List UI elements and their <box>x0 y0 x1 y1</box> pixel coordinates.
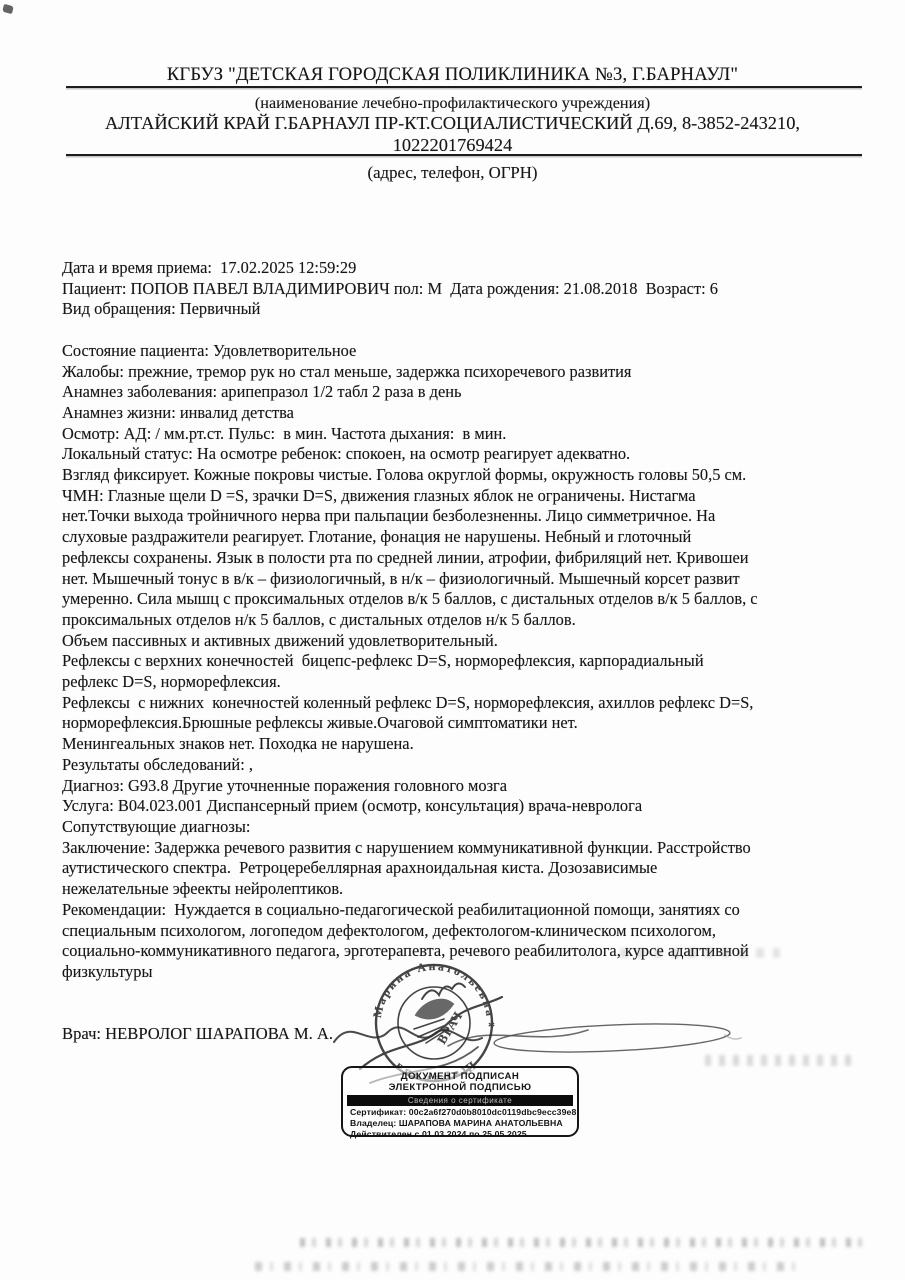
record-line: специальным психологом, логопедом дефект… <box>62 921 862 942</box>
es-validity: Действителен с 01.03.2024 по 25.05.2025 <box>343 1129 577 1140</box>
record-line <box>62 320 862 341</box>
record-line: Жалобы: прежние, тремор рук но стал мень… <box>62 362 862 383</box>
record-line: Пациент: ПОПОВ ПАВЕЛ ВЛАДИМИРОВИЧ пол: М… <box>62 279 862 300</box>
record-line: Рефлексы с нижних конечностей коленный р… <box>62 693 862 714</box>
clinic-name: КГБУЗ "ДЕТСКАЯ ГОРОДСКАЯ ПОЛИКЛИНИКА №3,… <box>0 64 905 86</box>
record-line: Вид обращения: Первичный <box>62 299 862 320</box>
scan-noise-strip <box>255 1262 795 1271</box>
record-line: Состояние пациента: Удовлетворительное <box>62 341 862 362</box>
record-line: рефлексы сохранены. Язык в полости рта п… <box>62 548 862 569</box>
header-divider-bottom <box>66 154 862 156</box>
record-line: Заключение: Задержка речевого развития с… <box>62 838 862 859</box>
clinic-address: АЛТАЙСКИЙ КРАЙ Г.БАРНАУЛ ПР-КТ.СОЦИАЛИСТ… <box>0 113 905 134</box>
medical-record-text: Дата и время приема: 17.02.2025 12:59:29… <box>62 258 862 983</box>
stamp-star: * <box>488 1020 495 1035</box>
record-line: норморефлексия.Брюшные рефлексы живые.Оч… <box>62 713 862 734</box>
es-certificate-band: Сведения о сертификате <box>347 1095 573 1106</box>
clinic-name-caption: (наименование лечебно-профилактического … <box>0 94 905 113</box>
record-line: аутистического спектра. Ретроцеребеллярн… <box>62 858 862 879</box>
es-title-line2: ЭЛЕКТРОННОЙ ПОДПИСЬЮ <box>343 1082 577 1093</box>
record-line: проксимальных отделов н/к 5 баллов, с ди… <box>62 610 862 631</box>
record-line: Анамнез жизни: инвалид детства <box>62 403 862 424</box>
scan-noise-smudge <box>705 1055 855 1066</box>
scan-noise-smudge <box>620 948 780 958</box>
record-line: Результаты обследований: , <box>62 755 862 776</box>
header-divider-top <box>66 86 862 88</box>
record-line: умеренно. Сила мышц с проксимальных отде… <box>62 589 862 610</box>
scan-artifact-corner <box>2 4 14 14</box>
record-line: Сопутствующие диагнозы: <box>62 817 862 838</box>
record-line: нежелательные эфеекты нейролептиков. <box>62 879 862 900</box>
record-line: рефлекс D=S, норморефлексия. <box>62 672 862 693</box>
doctor-name-line: Врач: НЕВРОЛОГ ШАРАПОВА М. А. <box>62 1024 333 1044</box>
es-title-line1: ДОКУМЕНТ ПОДПИСАН <box>343 1071 577 1082</box>
digital-signature-stamp: ДОКУМЕНТ ПОДПИСАН ЭЛЕКТРОННОЙ ПОДПИСЬЮ С… <box>341 1066 579 1137</box>
record-line: ЧМН: Глазные щели D =S, зрачки D=S, движ… <box>62 486 862 507</box>
clinic-address-caption: (адрес, телефон, ОГРН) <box>0 163 905 183</box>
record-line: Локальный статус: На осмотре ребенок: сп… <box>62 444 862 465</box>
record-line: Осмотр: АД: / мм.рт.ст. Пульс: в мин. Ча… <box>62 424 862 445</box>
record-line: Рефлексы с верхних конечностей бицепс-ре… <box>62 651 862 672</box>
scan-noise-strip <box>300 1238 865 1247</box>
record-line: Услуга: B04.023.001 Диспансерный прием (… <box>62 796 862 817</box>
clinic-ogrn: 1022201769424 <box>0 135 905 156</box>
record-line: Анамнез заболевания: арипепразол 1/2 таб… <box>62 382 862 403</box>
es-owner: Владелец: ШАРАПОВА МАРИНА АНАТОЛЬЕВНА <box>343 1118 577 1129</box>
scanned-medical-document: КГБУЗ "ДЕТСКАЯ ГОРОДСКАЯ ПОЛИКЛИНИКА №3,… <box>0 0 905 1280</box>
record-line: Диагноз: G93.8 Другие уточненные поражен… <box>62 776 862 797</box>
record-line: слуховые раздражители реагирует. Глотани… <box>62 527 862 548</box>
record-line: Рекомендации: Нуждается в социально-педа… <box>62 900 862 921</box>
es-certificate-number: Сертификат: 00c2a6f270d0b8010dc0119dbc9e… <box>343 1107 577 1118</box>
record-line: Объем пассивных и активных движений удов… <box>62 631 862 652</box>
record-line: нет. Мышечный тонус в в/к – физиологичны… <box>62 569 862 590</box>
record-line: Взгляд фиксирует. Кожные покровы чистые.… <box>62 465 862 486</box>
record-line: Менингеальных знаков нет. Походка не нар… <box>62 734 862 755</box>
record-line: Дата и время приема: 17.02.2025 12:59:29 <box>62 258 862 279</box>
record-line: нет.Точки выхода тройничного нерва при п… <box>62 506 862 527</box>
